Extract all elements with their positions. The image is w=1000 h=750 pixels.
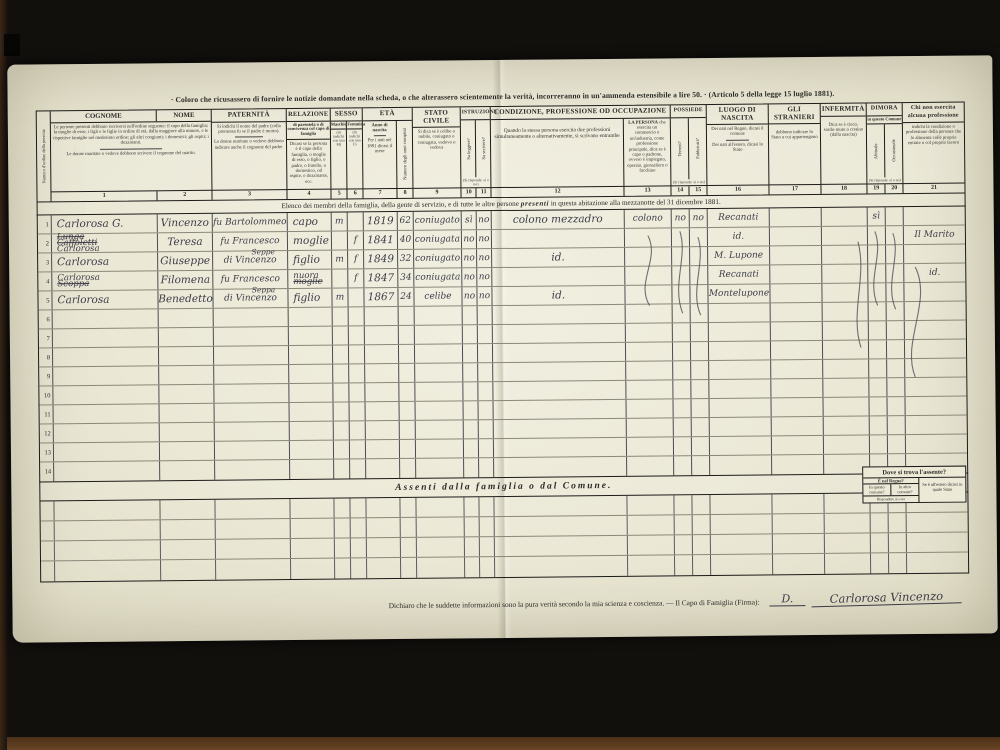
cell-fabbricati — [691, 380, 709, 398]
row-number — [41, 561, 55, 581]
cell-sa-scrivere: no — [477, 287, 492, 305]
cell-chi-alimenta — [906, 416, 967, 435]
cell-chi-alimenta — [907, 513, 968, 533]
cell-infermita — [825, 513, 871, 532]
cell-sesso-m — [335, 518, 351, 537]
cell-condizione — [493, 381, 626, 400]
col-stato-civile: STATO CIVILE Si dica se è celibe o nubil… — [413, 107, 462, 197]
cell-relazione — [289, 308, 333, 326]
cell-condizione: id. — [492, 248, 625, 267]
cell-fabbricati — [690, 266, 708, 284]
col-nome-label: NOME — [156, 110, 211, 122]
cell-fabbricati — [691, 361, 709, 379]
head-of-family-signature: Carlorosa Vincenzo — [811, 588, 961, 607]
cell-condizione — [492, 229, 625, 248]
cell-chi-alimenta — [904, 207, 965, 226]
cell-condizione — [494, 496, 627, 516]
cell-sesso-m — [334, 459, 350, 478]
cell-dimora-abituale — [869, 340, 887, 358]
cell-nome — [161, 520, 216, 540]
cell-anni-compiuti: 62 — [398, 212, 414, 230]
cell-stato-civile — [415, 363, 463, 381]
cell-anno-nascita: 1849 — [364, 250, 398, 268]
cell-anni-compiuti — [399, 307, 415, 325]
row-number: 13 — [40, 443, 54, 461]
cell-fabbricati — [691, 399, 709, 417]
cell-nome — [160, 461, 215, 481]
cell-infermita — [825, 553, 871, 573]
cell-fabbricati — [690, 285, 708, 303]
cell-terreni — [674, 418, 692, 436]
cell-terreni — [673, 323, 691, 341]
cell-fabbricati — [692, 437, 710, 455]
cell-sa-leggere — [464, 401, 479, 419]
cell-nome: Benedetto — [158, 290, 213, 309]
col-maschio: Maschio — [331, 121, 347, 130]
cell-terreni: no — [672, 209, 690, 227]
row-number — [40, 501, 54, 520]
cell-sa-scrivere: no — [477, 268, 492, 286]
cell-stato-civile — [416, 497, 464, 516]
cell-condizione — [495, 516, 628, 536]
col-istruzione: ISTRUZIONE Sa leggere? Sa scrivere? (Si … — [461, 107, 492, 197]
cell-luogo-nascita — [709, 341, 771, 360]
cell-cognome — [54, 461, 160, 481]
cell-infermita — [823, 359, 869, 377]
row-number — [41, 521, 55, 540]
cell-luogo-nascita — [710, 494, 772, 514]
col-numero: Numero d'ordine della persona — [37, 111, 52, 201]
cell-dimora-abituale — [868, 226, 886, 244]
cell-anno-nascita — [365, 326, 399, 344]
cell-nome — [159, 328, 214, 347]
cell-sa-leggere — [465, 557, 480, 577]
cell-dimora-occasionale — [886, 283, 904, 301]
cell-sesso-m: m — [332, 288, 348, 306]
cell-stato-civile — [416, 420, 464, 438]
cell-nome — [161, 560, 216, 581]
cell-relazione: moglie — [288, 232, 332, 250]
cell-dimora-occasionale — [889, 513, 907, 532]
cell-nome: Teresa — [158, 233, 213, 252]
cell-chi-alimenta — [904, 283, 965, 302]
cell-dimora-abituale — [868, 264, 886, 282]
cell-stato-civile: coniugata — [414, 268, 462, 286]
cell-dimora-occasionale — [886, 207, 904, 225]
cell-chi-alimenta — [906, 435, 967, 454]
cell-luogo-nascita — [711, 514, 773, 534]
cell-relazione — [289, 365, 333, 383]
cell-luogo-nascita: Recanati — [708, 208, 770, 227]
cell-la-persona — [625, 285, 672, 303]
col-infermita: INFERMITÀ Dica se è cieco, sordo-muto o … — [821, 103, 868, 193]
col-numero-label: Numero d'ordine della persona — [41, 129, 47, 183]
cell-terreni — [675, 535, 693, 554]
cell-chi-alimenta — [904, 245, 965, 264]
cell-la-persona — [626, 361, 673, 379]
cell-dimora-abituale — [869, 397, 887, 415]
cell-stato-civile — [416, 439, 464, 457]
cell-stato-civile — [415, 325, 463, 343]
cell-relazione — [289, 384, 333, 402]
cell-condizione — [493, 400, 626, 419]
cell-dimora-abituale — [869, 321, 887, 339]
cell-la-persona — [626, 304, 673, 322]
cell-fabbricati — [691, 304, 709, 322]
cell-stranieri — [771, 322, 823, 340]
cell-paternita — [215, 460, 290, 480]
cell-sa-leggere: no — [462, 230, 477, 248]
cell-chi-alimenta: id. — [904, 264, 965, 283]
cell-dimora-occasionale — [886, 226, 904, 244]
cell-cognome — [53, 366, 159, 385]
row-number: 3 — [38, 253, 52, 271]
cell-relazione: nuoramoglie — [288, 270, 332, 288]
cell-condizione: colono mezzadro — [492, 210, 625, 229]
cell-luogo-nascita: id. — [708, 227, 770, 246]
cell-stranieri — [771, 303, 823, 321]
cell-anni-compiuti — [401, 538, 417, 557]
cell-luogo-nascita — [709, 303, 771, 322]
cell-luogo-nascita — [710, 455, 772, 475]
cell-stranieri — [772, 455, 824, 474]
row-number: 6 — [39, 310, 53, 328]
cell-sesso-m — [334, 421, 350, 439]
cell-anno-nascita — [366, 459, 400, 478]
cell-paternita — [215, 499, 290, 519]
cell-nome — [160, 423, 215, 442]
cell-cognome — [53, 328, 159, 347]
cell-sa-leggere — [465, 537, 480, 556]
cell-nome — [159, 366, 214, 385]
col-cognome-nome: COGNOME NOME Le persone presenti debbono… — [51, 110, 213, 202]
cell-cognome: Carlorosa — [52, 290, 158, 309]
cell-sa-leggere — [465, 517, 480, 536]
cell-relazione — [290, 499, 334, 518]
cell-anni-compiuti — [399, 364, 415, 382]
cell-paternita: Seppa di Vincenzo — [213, 289, 288, 308]
cell-nome — [159, 309, 214, 328]
cell-dimora-abituale — [869, 359, 887, 377]
cell-sesso-f — [349, 383, 365, 401]
cell-paternita — [216, 519, 291, 539]
cell-sesso-f: f — [348, 250, 364, 268]
cell-dimora-abituale — [869, 378, 887, 396]
cell-stato-civile: coniugato — [414, 211, 462, 229]
cell-luogo-nascita: M. Lupone — [708, 246, 770, 265]
cell-sesso-f — [350, 459, 366, 478]
cell-anno-nascita — [366, 402, 400, 420]
cell-cognome: LungaCaffolettiCarlorosa — [52, 233, 158, 252]
cell-la-persona — [627, 437, 674, 455]
cell-paternita: fu Francesco — [213, 270, 288, 289]
cell-stranieri — [770, 208, 822, 226]
row-number: 7 — [39, 329, 53, 347]
cell-sesso-m — [333, 345, 349, 363]
cell-anni-compiuti — [400, 421, 416, 439]
cell-chi-alimenta — [905, 397, 966, 416]
col-anni-label: Numero degli anni compiuti — [402, 128, 407, 180]
cell-chi-alimenta — [905, 302, 966, 321]
col-chi-non-esercita: Chi non esercita alcuna professione indi… — [903, 103, 965, 194]
cell-sa-leggere: no — [462, 268, 477, 286]
cell-sesso-f — [351, 538, 367, 557]
cell-nome — [159, 347, 214, 366]
cell-la-persona — [628, 515, 675, 534]
cell-anni-compiuti — [400, 440, 416, 458]
cell-terreni — [672, 266, 690, 284]
cell-sa-leggere — [464, 497, 479, 516]
col-cognome-num: 1 — [51, 191, 156, 201]
cell-anni-compiuti — [399, 383, 415, 401]
table-header: Numero d'ordine della persona COGNOME NO… — [36, 102, 966, 203]
cell-relazione: figlio — [288, 289, 332, 307]
cell-sa-leggere — [464, 458, 479, 477]
cell-la-persona — [626, 323, 673, 341]
cell-dimora-abituale — [869, 302, 887, 320]
cell-paternita — [214, 327, 289, 346]
cell-sa-scrivere: no — [477, 249, 492, 267]
cell-stato-civile — [417, 557, 465, 577]
cell-luogo-nascita — [710, 436, 772, 455]
cell-stato-civile: coniugata — [414, 230, 462, 248]
cell-sa-scrivere — [478, 306, 493, 324]
cell-condizione — [495, 556, 628, 577]
cell-terreni — [673, 361, 691, 379]
cell-condizione — [495, 536, 628, 556]
cell-paternita — [216, 559, 291, 580]
cell-relazione — [291, 519, 335, 538]
cell-sesso-f — [349, 326, 365, 344]
cell-luogo-nascita — [710, 417, 772, 436]
cell-sesso-m: m — [332, 250, 348, 268]
cell-stato-civile — [415, 306, 463, 324]
cell-chi-alimenta — [905, 340, 966, 359]
cell-dimora-abituale — [871, 553, 889, 573]
cell-sesso-m — [335, 558, 351, 578]
cell-nome: Filomena — [158, 271, 213, 290]
cell-sa-scrivere — [479, 401, 494, 419]
cell-infermita — [822, 226, 868, 244]
cell-luogo-nascita — [709, 398, 771, 417]
cell-nome — [159, 385, 214, 404]
cell-stranieri — [773, 534, 825, 553]
cell-infermita — [823, 378, 869, 396]
cell-anno-nascita — [367, 538, 401, 557]
row-number — [41, 541, 55, 560]
cell-cognome: Carlorosa — [52, 252, 158, 271]
cell-sesso-f — [349, 307, 365, 325]
row-number: 8 — [39, 348, 53, 366]
cell-stato-civile — [415, 344, 463, 362]
cell-cognome: CarlorosaScoppa — [52, 271, 158, 290]
cell-dimora-abituale — [870, 416, 888, 434]
cell-la-persona — [625, 228, 672, 246]
cell-stranieri — [770, 227, 822, 245]
cell-sa-scrivere — [479, 439, 494, 457]
cell-sa-scrivere: no — [477, 211, 492, 229]
cell-sa-scrivere — [478, 382, 493, 400]
col-occasionale: Occasionale — [891, 140, 896, 163]
cell-condizione — [493, 324, 626, 343]
cell-sesso-f — [350, 421, 366, 439]
census-form-page: · Coloro che ricusassero di fornire le n… — [7, 55, 998, 642]
cell-sa-leggere — [463, 382, 478, 400]
census-table: Numero d'ordine della persona COGNOME NO… — [36, 102, 970, 614]
cell-fabbricati — [690, 247, 708, 265]
cell-dimora-occasionale — [887, 302, 905, 320]
cell-relazione — [290, 403, 334, 421]
cell-sa-scrivere — [479, 497, 494, 516]
cell-relazione — [291, 559, 335, 579]
cell-condizione — [493, 305, 626, 324]
cell-cognome — [53, 347, 159, 366]
cell-paternita — [214, 365, 289, 384]
row-number: 14 — [40, 462, 54, 481]
photo-of-census-sheet: { "notice": "· Coloro che ricusassero di… — [0, 0, 1000, 750]
cell-fabbricati — [690, 228, 708, 246]
cell-cognome — [54, 500, 160, 520]
cell-cognome — [53, 385, 159, 404]
cell-infermita — [824, 416, 870, 434]
cell-anno-nascita — [367, 518, 401, 537]
cell-stranieri — [770, 265, 822, 283]
cell-sesso-f — [349, 345, 365, 363]
cell-infermita — [822, 245, 868, 263]
cell-fabbricati — [691, 323, 709, 341]
cell-condizione — [493, 343, 626, 362]
cell-paternita-correction: Seppa — [252, 285, 275, 294]
col-luogo-nascita: LUOGO DI NASCITA Dei nati nel Regno, dic… — [707, 104, 770, 195]
cell-terreni — [673, 399, 691, 417]
cell-fabbricati — [693, 555, 711, 575]
cell-terreni — [672, 285, 690, 303]
cell-condizione — [492, 267, 625, 286]
cell-la-persona — [627, 418, 674, 436]
cell-sa-scrivere — [480, 537, 495, 556]
cell-dimora-abituale — [868, 245, 886, 263]
row-number: 4 — [38, 272, 52, 290]
cell-terreni — [673, 304, 691, 322]
cell-la-persona: colono — [625, 209, 672, 227]
cell-terreni — [674, 437, 692, 455]
cell-sa-scrivere — [480, 517, 495, 536]
cell-anno-nascita: 1819 — [364, 212, 398, 230]
cell-anni-compiuti — [400, 459, 416, 478]
col-sesso: SESSO Maschio (Si indichi con una M) Fem… — [331, 108, 364, 198]
declaration-text: Dichiaro che le suddette informazioni so… — [389, 598, 760, 611]
cell-luogo-nascita — [709, 360, 771, 379]
col-stranieri: GLI STRANIERI debbono indicare lo Stato … — [769, 104, 822, 194]
cell-relazione — [290, 460, 334, 479]
row-number: 9 — [39, 367, 53, 385]
cell-condizione — [494, 457, 627, 477]
cell-la-persona — [628, 535, 675, 554]
cell-chi-alimenta — [905, 378, 966, 397]
cell-relazione: figlio — [288, 251, 332, 269]
cell-cognome — [54, 423, 160, 442]
cell-stranieri — [770, 284, 822, 302]
cell-condizione — [494, 438, 627, 457]
cell-dimora-occasionale — [887, 397, 905, 415]
cell-anni-compiuti: 34 — [398, 269, 414, 287]
cell-sesso-m — [335, 538, 351, 557]
cell-condizione — [493, 362, 626, 381]
cell-relazione — [289, 346, 333, 364]
cell-sa-scrivere — [479, 458, 494, 477]
cell-sa-leggere: no — [462, 249, 477, 267]
cell-sesso-m — [333, 364, 349, 382]
cell-anni-compiuti: 40 — [398, 231, 414, 249]
cell-anno-nascita — [365, 364, 399, 382]
cell-dimora-occasionale — [888, 435, 906, 453]
cell-stato-civile — [415, 382, 463, 400]
cell-nome — [161, 540, 216, 560]
cell-paternita-correction: Seppe — [251, 247, 274, 256]
cell-cognome — [55, 540, 161, 560]
cell-infermita — [823, 302, 869, 320]
cell-paternita — [214, 384, 289, 403]
cell-la-persona — [625, 266, 672, 284]
cell-fabbricati: no — [690, 209, 708, 227]
cell-dimora-abituale — [871, 533, 889, 552]
col-dimora: DIMORA in questo Comune Abituale Occasio… — [867, 103, 904, 193]
cell-sa-scrivere — [478, 363, 493, 381]
col-la-persona: LA PERSONA che esercita un commercio o u… — [624, 118, 670, 186]
cell-terreni — [672, 247, 690, 265]
cell-stranieri — [772, 494, 824, 513]
cell-relazione — [289, 327, 333, 345]
cell-fabbricati — [692, 418, 710, 436]
cell-nome: Giuseppe — [158, 252, 213, 271]
cell-luogo-nascita: Recanati — [708, 265, 770, 284]
signature-prefix: D. — [769, 592, 805, 606]
cell-sa-leggere — [464, 439, 479, 457]
cell-stranieri — [773, 514, 825, 533]
cell-terreni — [673, 342, 691, 360]
col-paternita: PATERNITÀ Si indichi il nome del padre (… — [212, 109, 288, 200]
cell-sesso-m — [334, 498, 350, 517]
cell-la-persona — [625, 247, 672, 265]
cell-sesso-m: m — [332, 212, 348, 230]
cell-chi-alimenta: Il Marito — [904, 226, 965, 245]
cell-anni-compiuti — [401, 558, 417, 578]
cell-sa-leggere — [463, 344, 478, 362]
col-condizione: CONDIZIONE, PROFESSIONE OD OCCUPAZIONE Q… — [491, 105, 672, 197]
row-number: 1 — [38, 215, 52, 233]
cell-sesso-m — [333, 326, 349, 344]
cell-sesso-f — [351, 558, 367, 578]
cell-sesso-f: f — [348, 231, 364, 249]
cell-dimora-occasionale — [886, 245, 904, 263]
cell-condizione — [494, 419, 627, 438]
cell-paternita — [215, 441, 290, 460]
cell-fabbricati — [693, 515, 711, 534]
cell-terreni — [675, 555, 693, 575]
cell-relazione: capo — [288, 213, 332, 231]
cell-terreni — [673, 380, 691, 398]
col-femmina: Femmina — [347, 121, 362, 130]
cell-sesso-f — [349, 364, 365, 382]
cell-anno-nascita — [365, 307, 399, 325]
cell-la-persona — [626, 380, 673, 398]
cell-paternita: fu Bartolommeo — [213, 213, 288, 232]
cell-stranieri — [771, 341, 823, 359]
cell-terreni — [674, 456, 692, 475]
cell-luogo-nascita — [711, 554, 773, 575]
row-number: 2 — [38, 234, 52, 252]
cell-stranieri — [771, 360, 823, 378]
